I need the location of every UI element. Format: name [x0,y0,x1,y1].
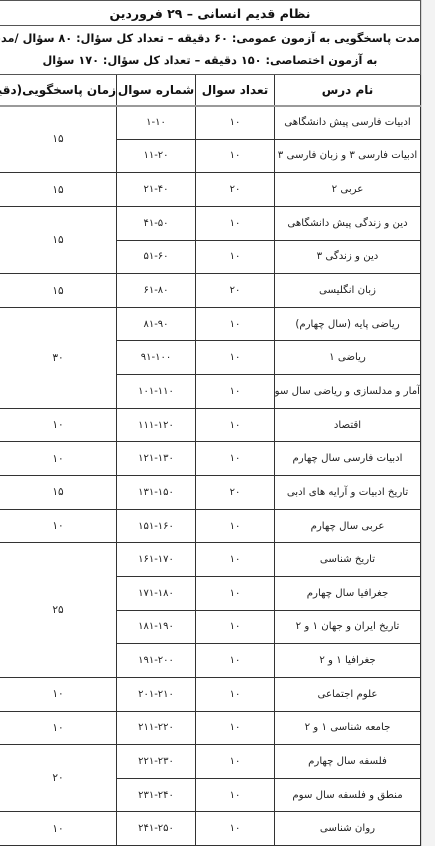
question-count-cell: ۱۰ [196,240,275,274]
subtitle-line-1: مدت پاسخگویی به آزمون عمومی: ۶۰ دقیقه – … [0,28,420,50]
question-range-cell: ۲۱-۴۰ [117,173,196,207]
question-range-cell: ۸۱-۹۰ [117,307,196,341]
question-count-cell: ۱۰ [196,206,275,240]
question-count-cell: ۱۰ [196,307,275,341]
question-range-cell: ۱-۱۰ [117,106,196,140]
question-range-cell: ۱۹۱-۲۰۰ [117,644,196,678]
question-range-cell: ۱۱۱-۱۲۰ [117,408,196,442]
answer-time-cell: ۲۰ [0,745,117,812]
question-count-cell: ۱۰ [196,442,275,476]
question-range-cell: ۱۳۱-۱۵۰ [117,476,196,510]
question-count-cell: ۱۰ [196,778,275,812]
question-count-cell: ۱۰ [196,610,275,644]
table-row: تاریخ شناسی۱۰۱۶۱-۱۷۰۲۵ [0,543,421,577]
question-range-cell: ۲۰۱-۲۱۰ [117,677,196,711]
table-row: ادبیات فارسی پیش دانشگاهی۱۰۱-۱۰۱۵ [0,106,421,140]
answer-time-cell: ۱۵ [0,106,117,173]
question-count-cell: ۱۰ [196,139,275,173]
question-range-cell: ۲۳۱-۲۴۰ [117,778,196,812]
question-count-cell: ۲۰ [196,173,275,207]
answer-time-cell: ۱۰ [0,812,117,846]
table-row: روان شناسی۱۰۲۴۱-۲۵۰۱۰ [0,812,421,846]
page-margin-strip [421,0,435,846]
table-row: ریاضی پایه (سال چهارم)۱۰۸۱-۹۰۳۰ [0,307,421,341]
course-name-cell: علوم اجتماعی [275,677,421,711]
course-name-cell: ادبیات فارسی ۳ و زبان فارسی ۳ [275,139,421,173]
question-count-cell: ۱۰ [196,509,275,543]
exam-schedule-sheet: نظام قدیم انسانی – ۲۹ فروردین مدت پاسخگو… [0,0,421,846]
course-name-cell: عربی سال چهارم [275,509,421,543]
course-name-cell: جغرافیا ۱ و ۲ [275,644,421,678]
answer-time-cell: ۱۰ [0,408,117,442]
course-name-cell: جامعه شناسی ۱ و ۲ [275,711,421,745]
course-name-cell: تاریخ شناسی [275,543,421,577]
course-name-cell: دین و زندگی ۳ [275,240,421,274]
question-range-cell: ۶۱-۸۰ [117,274,196,308]
subtitle-row: مدت پاسخگویی به آزمون عمومی: ۶۰ دقیقه – … [0,26,421,75]
question-count-cell: ۱۰ [196,576,275,610]
course-name-cell: ریاضی پایه (سال چهارم) [275,307,421,341]
question-range-cell: ۱۲۱-۱۳۰ [117,442,196,476]
course-name-cell: منطق و فلسفه سال سوم [275,778,421,812]
question-range-cell: ۱۵۱-۱۶۰ [117,509,196,543]
question-count-cell: ۱۰ [196,375,275,409]
header-row: نام درس تعداد سوال شماره سوال زمان پاسخگ… [0,75,421,106]
answer-time-cell: ۱۰ [0,711,117,745]
question-count-cell: ۲۰ [196,274,275,308]
question-range-cell: ۹۱-۱۰۰ [117,341,196,375]
question-range-cell: ۱۰۱-۱۱۰ [117,375,196,409]
answer-time-cell: ۱۰ [0,677,117,711]
table-row: اقتصاد۱۰۱۱۱-۱۲۰۱۰ [0,408,421,442]
table-row: علوم اجتماعی۱۰۲۰۱-۲۱۰۱۰ [0,677,421,711]
question-range-cell: ۱۱-۲۰ [117,139,196,173]
answer-time-cell: ۱۵ [0,274,117,308]
table-row: فلسفه سال چهارم۱۰۲۲۱-۲۳۰۲۰ [0,745,421,779]
course-name-cell: جغرافیا سال چهارم [275,576,421,610]
answer-time-cell: ۱۰ [0,509,117,543]
question-count-cell: ۲۰ [196,476,275,510]
column-header-answer-time: زمان پاسخگویی(دقیقه) [0,75,117,106]
course-name-cell: فلسفه سال چهارم [275,745,421,779]
answer-time-cell: ۱۵ [0,206,117,273]
question-range-cell: ۴۱-۵۰ [117,206,196,240]
table-row: جامعه شناسی ۱ و ۲۱۰۲۱۱-۲۲۰۱۰ [0,711,421,745]
question-count-cell: ۱۰ [196,408,275,442]
course-name-cell: تاریخ ادبیات و آرایه های ادبی [275,476,421,510]
table-row: تاریخ ادبیات و آرایه های ادبی۲۰۱۳۱-۱۵۰۱۵ [0,476,421,510]
question-count-cell: ۱۰ [196,745,275,779]
question-range-cell: ۵۱-۶۰ [117,240,196,274]
column-header-course-name: نام درس [275,75,421,106]
table-row: عربی ۲۲۰۲۱-۴۰۱۵ [0,173,421,207]
column-header-question-range: شماره سوال [117,75,196,106]
question-range-cell: ۲۱۱-۲۲۰ [117,711,196,745]
exam-schedule-table: نظام قدیم انسانی – ۲۹ فروردین مدت پاسخگو… [0,0,421,846]
question-count-cell: ۱۰ [196,711,275,745]
question-count-cell: ۱۰ [196,106,275,140]
table-row: زبان انگلیسی۲۰۶۱-۸۰۱۵ [0,274,421,308]
answer-time-cell: ۱۰ [0,442,117,476]
answer-time-cell: ۳۰ [0,307,117,408]
subtitle-line-2: به آزمون اختصاصی: ۱۵۰ دقیقه – تعداد کل س… [0,50,420,72]
question-count-cell: ۱۰ [196,812,275,846]
course-name-cell: اقتصاد [275,408,421,442]
table-title: نظام قدیم انسانی – ۲۹ فروردین [0,1,421,26]
answer-time-cell: ۱۵ [0,173,117,207]
course-name-cell: زبان انگلیسی [275,274,421,308]
course-name-cell: عربی ۲ [275,173,421,207]
answer-time-cell: ۲۵ [0,543,117,678]
table-row: دین و زندگی پیش دانشگاهی۱۰۴۱-۵۰۱۵ [0,206,421,240]
question-range-cell: ۱۸۱-۱۹۰ [117,610,196,644]
question-range-cell: ۱۷۱-۱۸۰ [117,576,196,610]
question-count-cell: ۱۰ [196,341,275,375]
question-range-cell: ۲۲۱-۲۳۰ [117,745,196,779]
course-name-cell: ادبیات فارسی سال چهارم [275,442,421,476]
course-name-cell: تاریخ ایران و جهان ۱ و ۲ [275,610,421,644]
table-row: ادبیات فارسی سال چهارم۱۰۱۲۱-۱۳۰۱۰ [0,442,421,476]
course-name-cell: دین و زندگی پیش دانشگاهی [275,206,421,240]
question-count-cell: ۱۰ [196,543,275,577]
table-subtitle: مدت پاسخگویی به آزمون عمومی: ۶۰ دقیقه – … [0,26,421,75]
column-header-question-count: تعداد سوال [196,75,275,106]
question-count-cell: ۱۰ [196,644,275,678]
answer-time-cell: ۱۵ [0,476,117,510]
course-name-cell: آمار و مدلسازی و ریاضی سال سوم [275,375,421,409]
question-range-cell: ۲۴۱-۲۵۰ [117,812,196,846]
question-count-cell: ۱۰ [196,677,275,711]
course-name-cell: ریاضی ۱ [275,341,421,375]
table-row: عربی سال چهارم۱۰۱۵۱-۱۶۰۱۰ [0,509,421,543]
title-row: نظام قدیم انسانی – ۲۹ فروردین [0,1,421,26]
course-name-cell: ادبیات فارسی پیش دانشگاهی [275,106,421,140]
course-name-cell: روان شناسی [275,812,421,846]
question-range-cell: ۱۶۱-۱۷۰ [117,543,196,577]
